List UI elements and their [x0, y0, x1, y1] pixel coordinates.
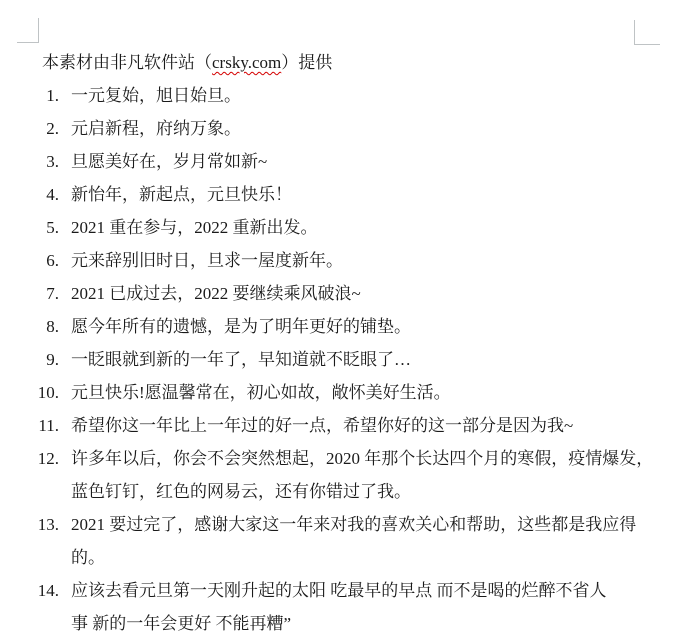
- list-item-1: 1.一元复始，旭日始旦。: [35, 79, 659, 112]
- list-line[interactable]: 8.愿今年所有的遗憾，是为了明年更好的铺垫。: [35, 310, 659, 343]
- list-item-text: 一眨眼就到新的一年了，早知道就不眨眼了…: [71, 343, 411, 376]
- list-item-text: 2021 要过完了，感谢大家这一年来对我的喜欢关心和帮助，这些都是我应得: [71, 508, 636, 541]
- list-item-number: 2.: [35, 112, 59, 145]
- list-item-number: 14.: [35, 574, 59, 607]
- list-line[interactable]: 13.2021 要过完了，感谢大家这一年来对我的喜欢关心和帮助，这些都是我应得: [35, 508, 659, 541]
- list-item-2: 2.元启新程，府纳万象。: [35, 112, 659, 145]
- list-item-text: 元旦快乐!愿温馨常在，初心如故，敞怀美好生活。: [71, 376, 451, 409]
- list-line[interactable]: 3.旦愿美好在，岁月常如新~: [35, 145, 659, 178]
- list-line-continuation[interactable]: 事 新的一年会更好 不能再糟”: [35, 607, 659, 633]
- document-header-line[interactable]: 本素材由非凡软件站（crsky.com）提供: [35, 46, 659, 79]
- list-item-text: 蓝色钉钉，红色的网易云，还有你错过了我。: [71, 475, 411, 508]
- header-suffix-text: ）提供: [281, 53, 332, 72]
- list-line[interactable]: 4.新怡年，新起点，元旦快乐！: [35, 178, 659, 211]
- list-item-text: 愿今年所有的遗憾，是为了明年更好的铺垫。: [71, 310, 411, 343]
- list-line[interactable]: 6.元来辞别旧时日，旦求一屋度新年。: [35, 244, 659, 277]
- list-item-7: 7.2021 已成过去，2022 要继续乘风破浪~: [35, 277, 659, 310]
- list-item-10: 10.元旦快乐!愿温馨常在，初心如故，敞怀美好生活。: [35, 376, 659, 409]
- list-item-number: 3.: [35, 145, 59, 178]
- list-item-5: 5.2021 重在参与，2022 重新出发。: [35, 211, 659, 244]
- list-item-text: 的。: [71, 541, 105, 574]
- document-page: 本素材由非凡软件站（crsky.com）提供 1.一元复始，旭日始旦。 2.元启…: [0, 0, 679, 633]
- document-text-area: 本素材由非凡软件站（crsky.com）提供 1.一元复始，旭日始旦。 2.元启…: [35, 46, 659, 633]
- list-line[interactable]: 14.应该去看元旦第一天刚升起的太阳 吃最早的早点 而不是喝的烂醉不省人: [35, 574, 659, 607]
- list-item-9: 9.一眨眼就到新的一年了，早知道就不眨眼了…: [35, 343, 659, 376]
- list-item-number: 9.: [35, 343, 59, 376]
- list-item-number: 13.: [35, 508, 59, 541]
- header-prefix-text: 本素材由非凡软件站（: [42, 53, 212, 72]
- list-item-number: 6.: [35, 244, 59, 277]
- list-line-continuation[interactable]: 蓝色钉钉，红色的网易云，还有你错过了我。: [35, 475, 659, 508]
- list-item-number: 12.: [35, 442, 59, 475]
- list-item-text: 旦愿美好在，岁月常如新~: [71, 145, 267, 178]
- site-url-text: crsky.com: [212, 53, 281, 72]
- list-line[interactable]: 12.许多年以后，你会不会突然想起，2020 年那个长达四个月的寒假，疫情爆发，: [35, 442, 659, 475]
- list-item-number: 8.: [35, 310, 59, 343]
- list-item-number: 4.: [35, 178, 59, 211]
- list-item-13: 13.2021 要过完了，感谢大家这一年来对我的喜欢关心和帮助，这些都是我应得 …: [35, 508, 659, 574]
- list-item-6: 6.元来辞别旧时日，旦求一屋度新年。: [35, 244, 659, 277]
- list-item-14: 14.应该去看元旦第一天刚升起的太阳 吃最早的早点 而不是喝的烂醉不省人 事 新…: [35, 574, 659, 633]
- list-item-4: 4.新怡年，新起点，元旦快乐！: [35, 178, 659, 211]
- list-item-text: 许多年以后，你会不会突然想起，2020 年那个长达四个月的寒假，疫情爆发，: [71, 442, 653, 475]
- list-item-number: 7.: [35, 277, 59, 310]
- list-item-text: 2021 已成过去，2022 要继续乘风破浪~: [71, 277, 361, 310]
- list-item-text: 希望你这一年比上一年过的好一点，希望你好的这一部分是因为我~: [71, 409, 573, 442]
- list-item-12: 12.许多年以后，你会不会突然想起，2020 年那个长达四个月的寒假，疫情爆发，…: [35, 442, 659, 508]
- list-item-3: 3.旦愿美好在，岁月常如新~: [35, 145, 659, 178]
- list-item-text: 应该去看元旦第一天刚升起的太阳 吃最早的早点 而不是喝的烂醉不省人: [71, 574, 607, 607]
- list-number-spacer: [35, 475, 59, 508]
- list-line[interactable]: 2.元启新程，府纳万象。: [35, 112, 659, 145]
- list-item-number: 11.: [35, 409, 59, 442]
- list-item-text: 新怡年，新起点，元旦快乐！: [71, 178, 292, 211]
- list-item-11: 11.希望你这一年比上一年过的好一点，希望你好的这一部分是因为我~: [35, 409, 659, 442]
- list-item-8: 8.愿今年所有的遗憾，是为了明年更好的铺垫。: [35, 310, 659, 343]
- list-item-number: 1.: [35, 79, 59, 112]
- list-line[interactable]: 1.一元复始，旭日始旦。: [35, 79, 659, 112]
- list-item-text: 元来辞别旧时日，旦求一屋度新年。: [71, 244, 343, 277]
- text-boundary-mark-top-left: [17, 18, 39, 43]
- list-item-text: 元启新程，府纳万象。: [71, 112, 241, 145]
- list-item-text: 一元复始，旭日始旦。: [71, 79, 241, 112]
- list-number-spacer: [35, 607, 59, 633]
- list-line[interactable]: 7.2021 已成过去，2022 要继续乘风破浪~: [35, 277, 659, 310]
- list-item-text: 事 新的一年会更好 不能再糟”: [71, 607, 291, 633]
- list-item-text: 2021 重在参与，2022 重新出发。: [71, 211, 318, 244]
- list-number-spacer: [35, 541, 59, 574]
- list-item-number: 5.: [35, 211, 59, 244]
- list-line-continuation[interactable]: 的。: [35, 541, 659, 574]
- list-line[interactable]: 9.一眨眼就到新的一年了，早知道就不眨眼了…: [35, 343, 659, 376]
- list-line[interactable]: 5.2021 重在参与，2022 重新出发。: [35, 211, 659, 244]
- list-line[interactable]: 10.元旦快乐!愿温馨常在，初心如故，敞怀美好生活。: [35, 376, 659, 409]
- list-item-number: 10.: [35, 376, 59, 409]
- list-line[interactable]: 11.希望你这一年比上一年过的好一点，希望你好的这一部分是因为我~: [35, 409, 659, 442]
- text-boundary-mark-top-right: [634, 20, 660, 45]
